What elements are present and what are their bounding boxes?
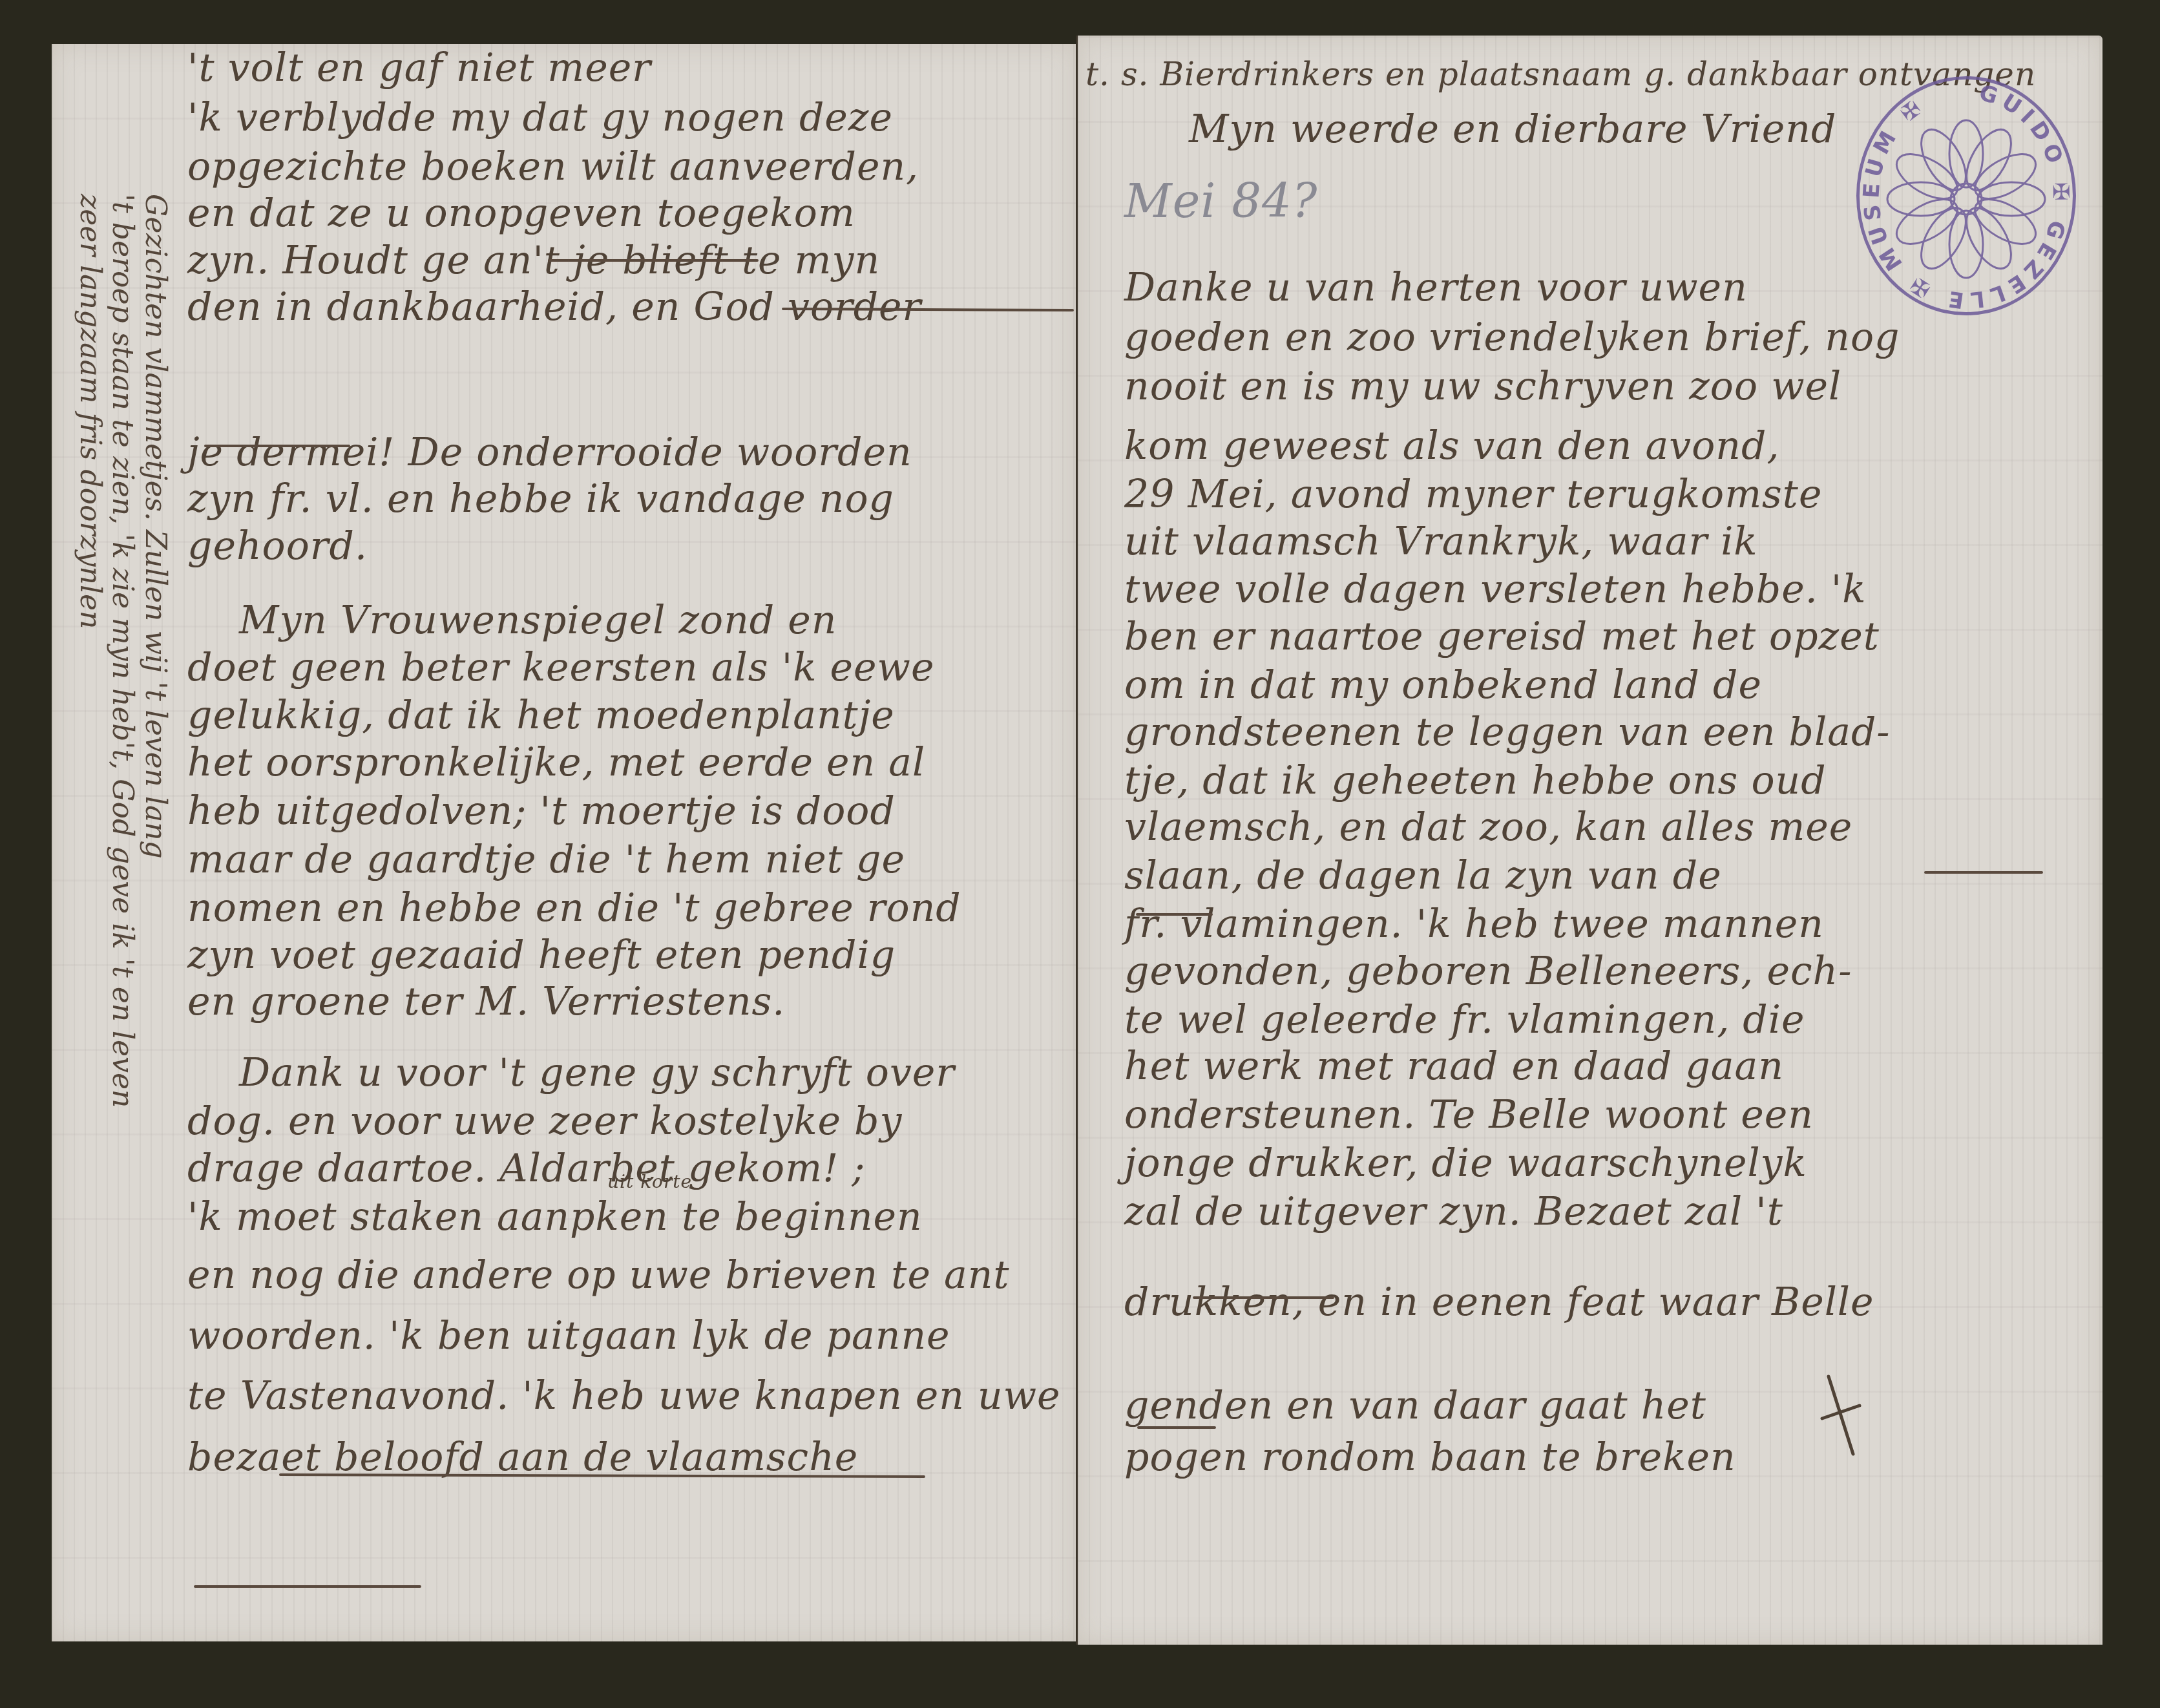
guido-gezelle-museum-stamp: GUIDO ✠ GEZELLE ✠ MUSEUM ✠ — [1856, 76, 2076, 315]
pencil-x-mark-icon — [1822, 1376, 1860, 1454]
ink-underlines — [0, 0, 2160, 1708]
flower-rosette-stamp-icon: GUIDO ✠ GEZELLE ✠ MUSEUM ✠ — [1860, 79, 2073, 312]
